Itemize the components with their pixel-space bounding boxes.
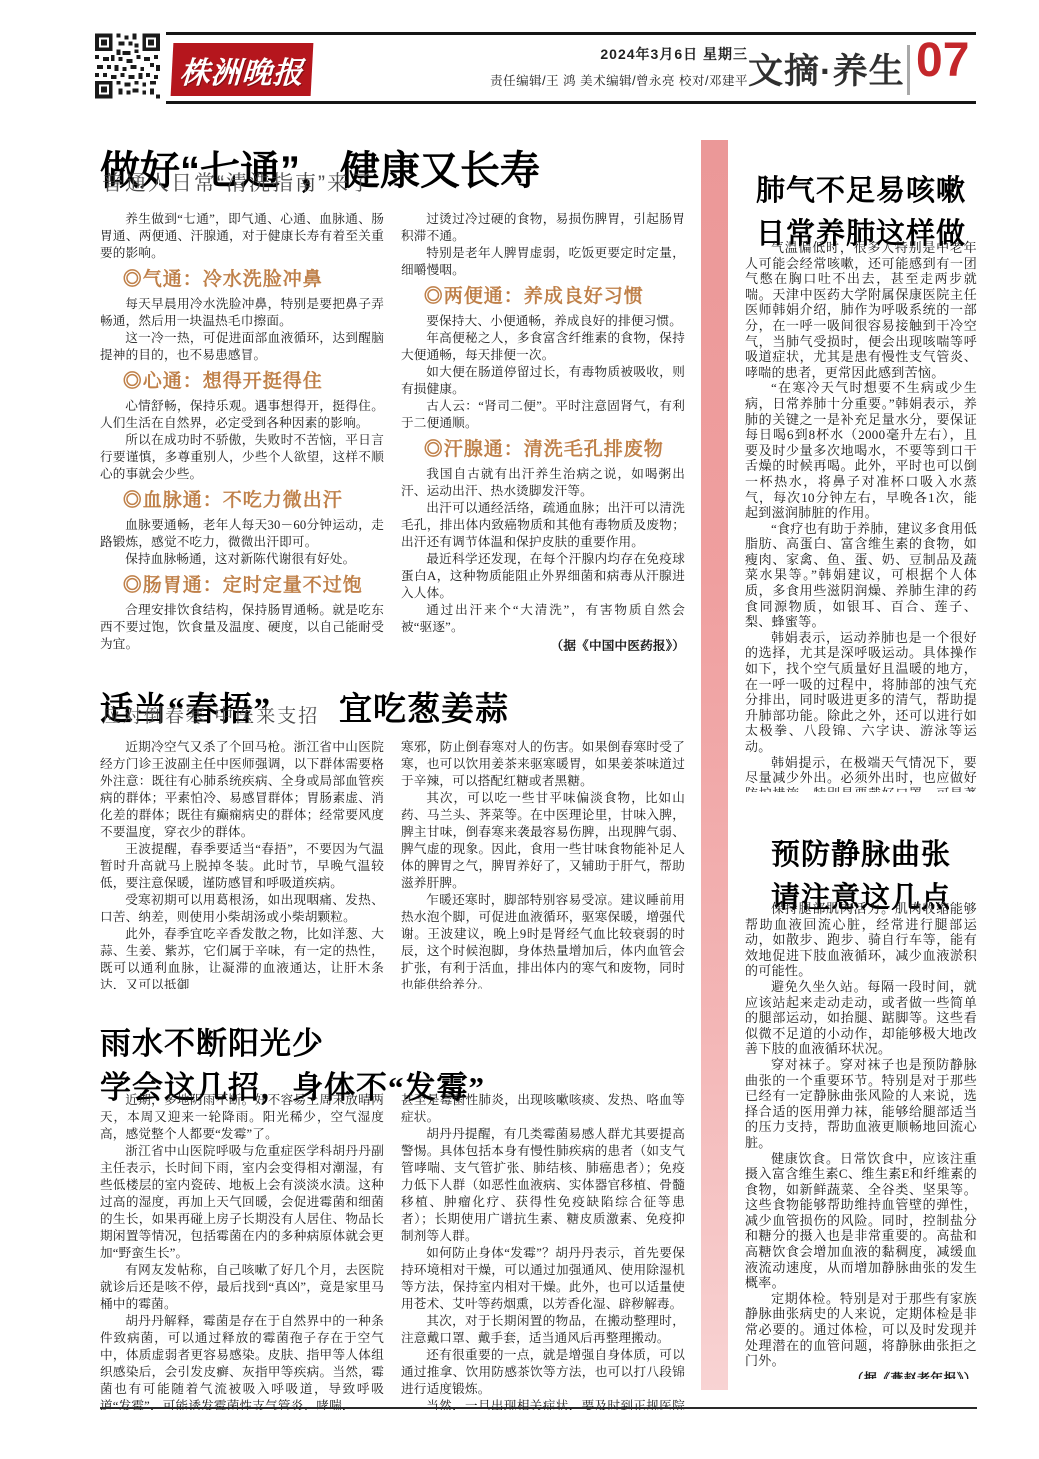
paragraph: 气温偏低时，很多人特别是中老年人可能会经常咳嗽，还可能感到有一团气憋在胸口吐不出… [745,240,977,380]
source-attribution: （据《中国中医药报》） [401,638,685,651]
paragraph: 受寒初期可以用葛根汤，如出现咽痛、发热、口苦、纳差，则使用小柴胡汤或小柴胡颗粒。 [100,892,384,926]
paragraph: 有网友发帖称，自己咳嗽了好几个月，去医院就诊后还是咳不停，最后找到“真凶”，竟是… [100,1262,384,1313]
source-attribution: （据《燕赵老年报》） [745,1371,977,1379]
title-line-1: 肺气不足易咳嗽 [756,175,966,207]
paragraph: 韩娟提示，在极端天气情况下，要尽量减少外出。必须外出时，也应做好防护措施，特别是… [745,755,977,792]
section-title: 文摘·养生 [748,44,900,94]
header-divider [907,45,910,95]
paragraph: 要保持大、小便通畅，养成良好的排便习惯。 [401,313,685,330]
paragraph: 合理安排饮食结构，保持肠胃通畅。就是吃东西不要过饱，饮食量及温度、硬度，以自己能… [100,602,384,651]
paragraph: 胡丹丹解释，霉菌是存在于自然界中的一种条件致病菌，可以通过释放的霉菌孢子存在于空… [100,1313,384,1410]
article-subtitle: 应对倒春寒 中医来支招 [102,701,502,728]
paragraph: 保持血脉畅通，这对新陈代谢很有好处。 [100,551,384,568]
paragraph: “食疗也有助于养肺，建议多食用低脂肪、高蛋白、富含维生素的食物，如瘦肉、家禽、鱼… [745,521,977,630]
header-rule-bottom [166,101,976,104]
article-column-2: 甚至是霉菌性肺炎，出现咳嗽咳痰、发热、咯血等症状。胡丹丹提醒，有几类霉菌易感人群… [401,1092,685,1410]
paragraph: 近期冷空气又杀了个回马枪。浙江省中山医院经方门诊王波副主任中医师强调，以下群体需… [100,739,384,841]
paragraph: 年高便秘之人，多食富含纤维素的食物，保持大便通畅，每天排便一次。 [401,330,685,364]
paragraph: 如大便在肠道停留过长，有毒物质被吸收，则有损健康。 [401,364,685,398]
article-column-1: 近期，多地阴雨不断。好不容易上周末放晴两天，本周又迎来一轮降雨。阳光稀少，空气湿… [100,1092,384,1410]
paragraph: 韩娟表示，运动养肺也是一个很好的选择，尤其是深呼吸运动。具体操作如下，找个空气质… [745,630,977,755]
section-header: ◎肠胃通：定时定量不过饱 [100,575,384,597]
title-line-1: 预防静脉曲张 [771,839,951,871]
paragraph: 通过出汗来个“大清洗”，有害物质自然会被“驱逐”。 [401,602,685,636]
paragraph-continued: 甚至是霉菌性肺炎，出现咳嗽咳痰、发热、咯血等症状。 [401,1092,685,1126]
article-column-1: 近期冷空气又杀了个回马枪。浙江省中山医院经方门诊王波副主任中医师强调，以下群体需… [100,739,384,989]
qr-code-icon [95,33,160,99]
paragraph: 王波提醒，春季要适当“春捂”，不要因为气温暂时升高就马上脱掉冬装。此时节，早晚气… [100,841,384,892]
page-bottom-rule [100,1407,977,1409]
header-meta: 2024年3月6日 星期三 责任编辑/王 鸿 美术编辑/曾永亮 校对/邓建平 [430,44,748,89]
paragraph: 血脉要通畅，老年人每天30－60分钟运动，走路锻炼，感觉不吃力，微微出汗即可。 [100,517,384,551]
paragraph: 出汗可以通经活络，疏通血脉；出汗可以清洗毛孔，排出体内致癌物质和其他有毒物质及废… [401,500,685,551]
section-header: ◎气通：冷水洗脸冲鼻 [100,269,384,291]
newspaper-page: 株洲晚报 2024年3月6日 星期三 责任编辑/王 鸿 美术编辑/曾永亮 校对/… [0,0,1039,1459]
paragraph: 此外，春季宜吃辛香发散之物，比如洋葱、大蒜、生姜、紫苏，它们属于辛味，有一定的热… [100,926,384,989]
paragraph: 避免久坐久站。每隔一段时间，就应该站起来走动走动，或者做一些简单的腿部运动，如抬… [745,979,977,1057]
paragraph: 穿对袜子。穿对袜子也是预防静脉曲张的一个重要环节。特别是对于那些已经有一定静脉曲… [745,1057,977,1151]
article-column-1: 养生做到“七通”，即气通、心通、血脉通、肠胃通、两便通、汗腺通，对于健康长寿有着… [100,211,384,651]
paragraph: 健康饮食。日常饮食中，应该注重摄入富含维生素C、维生素E和纤维素的食物，如新鲜蔬… [745,1151,977,1291]
paragraph: 浙江省中山医院呼吸与危重症医学科胡丹丹副主任表示，长时间下雨，室内会变得相对潮湿… [100,1143,384,1262]
section-header: ◎心通：想得开挺得住 [100,371,384,393]
paragraph: 每天早晨用冷水洗脸冲鼻，特别是要把鼻子弄畅通，然后用一块温热毛巾擦面。 [100,296,384,330]
paragraph: 如何防止身体“发霉”？胡丹丹表示，首先要保持环境相对干燥，可以通过加强通风、使用… [401,1245,685,1313]
article-body: 保持腿部肌肉活力。肌肉收缩能够帮助血液回流心脏，经常进行腿部运动，如散步、跑步、… [745,901,977,1379]
header-rule-top [166,32,976,35]
paragraph: 保持腿部肌肉活力。肌肉收缩能够帮助血液回流心脏，经常进行腿部运动，如散步、跑步、… [745,901,977,979]
section-header: ◎两便通：养成良好习惯 [401,286,685,308]
section-header: ◎汗腺通：清洗毛孔排废物 [401,439,685,461]
article-subtitle: 普通人日常“清洗指南”来了 [102,167,602,197]
paragraph: 古人云：“肾司二便”。平时注意固肾气，有利于二便通顺。 [401,398,685,432]
paragraph: “在寒冷天气时想要不生病或少生病，日常养肺十分重要。”韩娟表示，养肺的关键之一是… [745,380,977,520]
paragraph: 我国自古就有出汗养生治病之说，如喝粥出汗、运动出汗、热水烫脚发汗等。 [401,466,685,500]
article-body: 气温偏低时，很多人特别是中老年人可能会经常咳嗽，还可能感到有一团气憋在胸口吐不出… [745,240,977,792]
article-column-2: 过烫过冷过硬的食物，易损伤脾胃，引起肠胃积滞不通。特别是老年人脾胃虚弱，吃饭更要… [401,211,685,651]
paragraph: 乍暖还寒时，脚部特别容易受凉。建议睡前用热水泡个脚，可促进血液循环，驱寒保暖，增… [401,892,685,989]
title-line-1: 雨水不断阳光少 [100,1026,324,1061]
paragraph: 心情舒畅，保持乐观。遇事想得开，挺得住。人们生活在自然界，必定受到各种因素的影响… [100,398,384,432]
paragraph: 特别是老年人脾胃虚弱，吃饭更要定时定量，细嚼慢咽。 [401,245,685,279]
paragraph-continued: 寒邪，防止倒春寒对人的伤害。如果倒春寒时受了寒，也可以饮用姜茶来驱寒暖胃，如果姜… [401,739,685,790]
editors-line: 责任编辑/王 鸿 美术编辑/曾永亮 校对/邓建平 [430,71,748,89]
paragraph: 其次，对于长期闲置的物品，在搬动整理时，注意戴口罩、戴手套，适当通风后再整理搬动… [401,1313,685,1347]
paragraph: 最近科学还发现，在每个汗腺内均存在免疫球蛋白A，这种物质能阻止外界细菌和病毒从汗… [401,551,685,602]
paragraph: 胡丹丹提醒，有几类霉菌易感人群尤其要提高警惕。具体包括本身有慢性肺疾病的患者（如… [401,1126,685,1245]
paragraph: 养生做到“七通”，即气通、心通、血脉通、肠胃通、两便通、汗腺通，对于健康长寿有着… [100,211,384,262]
paragraph: 近期，多地阴雨不断。好不容易上周末放晴两天，本周又迎来一轮降雨。阳光稀少，空气湿… [100,1092,384,1143]
paragraph: 这一冷一热，可促进面部血液循环，达到醒脑提神的目的，也不易患感冒。 [100,330,384,364]
page-number: 07 [916,33,978,88]
paragraph: 过烫过冷过硬的食物，易损伤脾胃，引起肠胃积滞不通。 [401,211,685,245]
paragraph: 定期体检。特别是对于那些有家族静脉曲张病史的人来说，定期体检是非常必要的。通过体… [745,1291,977,1369]
paragraph: 其次，可以吃一些甘平味偏淡食物，比如山药、马兰头、荠菜等。在中医理论里，甘味入脾… [401,790,685,892]
section-header: ◎血脉通：不吃力微出汗 [100,490,384,512]
masthead-logo: 株洲晚报 [171,43,314,96]
vertical-divider-bar [701,140,728,1390]
paragraph: 还有很重要的一点，就是增强自身体质，可以通过推拿、饮用防感茶饮等方法，也可以打八… [401,1347,685,1398]
issue-date: 2024年3月6日 星期三 [430,44,748,64]
article-column-2: 寒邪，防止倒春寒对人的伤害。如果倒春寒时受了寒，也可以饮用姜茶来驱寒暖胃，如果姜… [401,739,685,989]
paragraph: 所以在成功时不骄傲，失败时不苦恼，平日言行要谨慎，多尊重别人，少些个人欲望，这样… [100,432,384,483]
